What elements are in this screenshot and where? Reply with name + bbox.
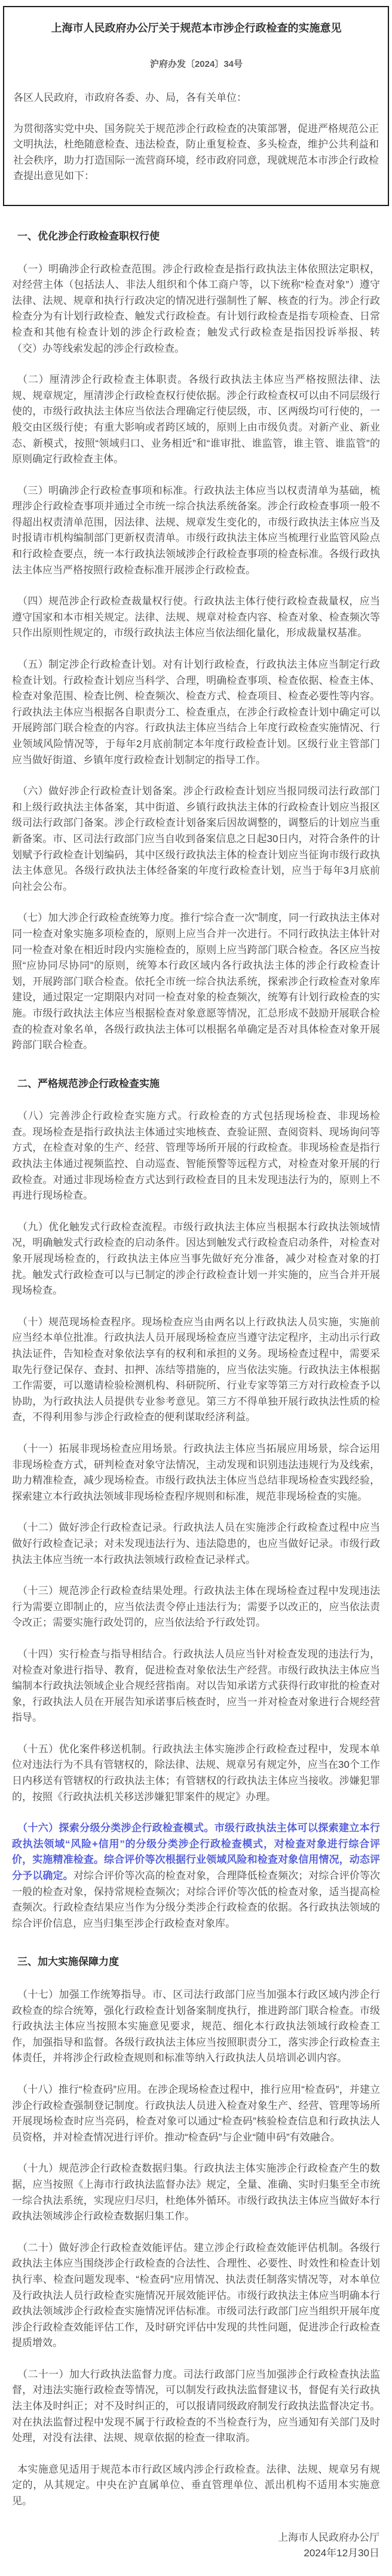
paragraph: （九）优化触发式行政检查流程。市级行政执法主体应当根据本行政执法领域情况，明确触… (12, 1220, 380, 1299)
document-page: 上海市人民政府办公厅关于规范本市涉企行政检查的实施意见 沪府办发〔2024〕34… (0, 0, 392, 2576)
paragraph: （十五）优化案件移送机制。行政执法主体实施涉企行政检查过程中，发现本单位对违法行… (12, 1742, 380, 1805)
paragraph: （一）明确涉企行政检查范围。涉企行政检查是指行政执法主体依照法定职权，对经营主体… (12, 262, 380, 357)
paragraph: （二十）做好涉企行政检查效能评估。建立涉企行政检查效能评估机制。各级行政执法主体… (12, 2240, 380, 2351)
paragraph: （七）加大涉企行政检查统筹力度。推行“综合查一次”制度，同一行政执法主体对同一检… (12, 910, 380, 1053)
paragraph: （十六）探索分级分类涉企行政检查模式。市级行政执法主体可以探索建立本行政执法领域… (12, 1820, 380, 1932)
intro-paragraph: 为贯彻落实党中央、国务院关于规范涉企行政检查的决策部署，促进严格规范公正文明执法… (13, 121, 379, 185)
paragraph: （十七）加强工作统筹指导。市、区司法行政部门应当加强本行政区域内涉企行政检查的综… (12, 1987, 380, 2067)
paragraph: （五）制定涉企行政检查计划。对有计划行政检查，行政执法主体应当制定行政检查计划。… (12, 657, 380, 768)
paragraph: （二）厘清涉企行政检查主体职责。各级行政执法主体应当严格按照法律、法规、规章规定… (12, 372, 380, 468)
document-title: 上海市人民政府办公厅关于规范本市涉企行政检查的实施意见 (12, 20, 381, 36)
paragraph: （十四）实行检查与指导相结合。行政执法人员应当针对检查发现的违法行为，对检查对象… (12, 1647, 380, 1726)
signature-block: 上海市人民政府办公厅 2024年12月30日 (0, 2530, 379, 2562)
closing-paragraph: 本实施意见适用于规范本市行政区域内涉企行政检查。法律、法规、规章另有规定的，从其… (12, 2462, 380, 2510)
paragraph: （六）做好涉企行政检查计划备案。涉企行政检查计划应当报同级司法行政部门和上级行政… (12, 784, 380, 895)
paragraph: （十三）规范涉企行政检查结果处理。行政执法主体在现场检查过程中发现违法行为需要立… (12, 1583, 380, 1631)
document-body: 一、优化涉企行政检查职权行使（一）明确涉企行政检查范围。涉企行政检查是指行政执法… (12, 229, 380, 2446)
paragraph: （十）规范现场检查程序。现场检查应当由两名以上行政执法人员实施，实施前应当经本单… (12, 1315, 380, 1426)
highlighted-text: （十六）探索分级分类涉企行政检查模式。市级行政执法主体可以探索建立本行政执法领域… (12, 1822, 380, 1881)
paragraph: （十二）做好涉企行政检查记录。行政执法人员在实施涉企行政检查过程中应当做好行政检… (12, 1520, 380, 1568)
signature-date: 2024年12月30日 (0, 2546, 379, 2562)
section-heading: 二、严格规范涉企行政检查实施 (12, 1076, 380, 1092)
salutation-line: 各区人民政府，市政府各委、办、局，各有关单位： (13, 90, 379, 106)
document-header-box: 上海市人民政府办公厅关于规范本市涉企行政检查的实施意见 沪府办发〔2024〕34… (3, 6, 389, 206)
paragraph: （十九）规范涉企行政检查数据归集。行政执法主体实施涉企行政检查产生的数据，应当按… (12, 2161, 380, 2224)
paragraph: （四）规范涉企行政检查裁量权行使。行政执法主体行使行政检查裁量权，应当遵守国家和… (12, 594, 380, 641)
paragraph: （十八）推行“检查码”应用。在涉企现场检查过程中，推行应用“检查码”，并建立涉企… (12, 2082, 380, 2145)
paragraph: （三）明确涉企行政检查事项和标准。行政执法主体应当以权责清单为基础，梳理涉企行政… (12, 483, 380, 579)
section-heading: 三、加大实施保障力度 (12, 1954, 380, 1970)
section-heading: 一、优化涉企行政检查职权行使 (12, 229, 380, 245)
paragraph: （十一）拓展非现场检查应用场景。行政执法主体应当拓展应用场景，综合运用非现场检查… (12, 1441, 380, 1505)
signature-office: 上海市人民政府办公厅 (0, 2530, 379, 2546)
document-number: 沪府办发〔2024〕34号 (12, 58, 381, 71)
paragraph: （二十一）加大行政执法监督力度。司法行政部门应当加强涉企行政检查执法监督，对违法… (12, 2367, 380, 2446)
paragraph: （八）完善涉企行政检查实施方式。行政检查的方式包括现场检查、非现场检查。现场检查… (12, 1109, 380, 1204)
